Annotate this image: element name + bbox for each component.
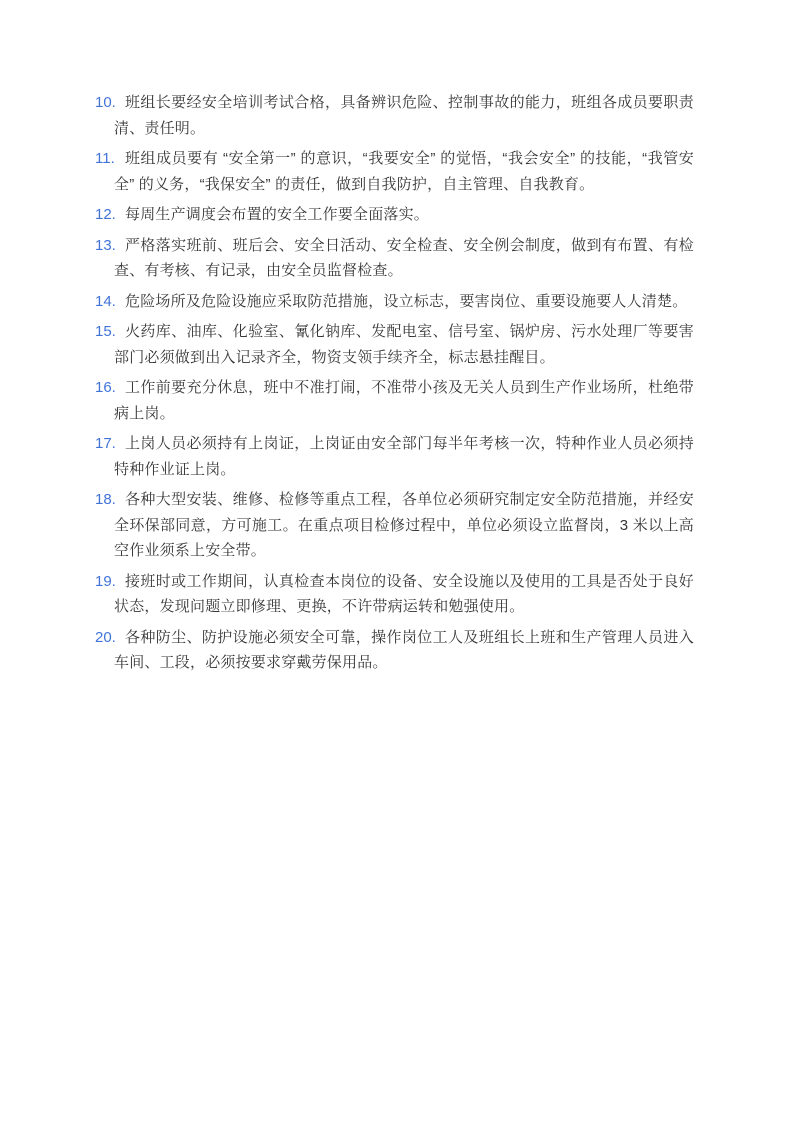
list-item: 19.接班时或工作期间，认真检查本岗位的设备、安全设施以及使用的工具是否处于良好… xyxy=(114,569,694,620)
list-item: 15.火药库、油库、化验室、氰化钠库、发配电室、信号室、锅炉房、污水处理厂等要害… xyxy=(114,319,694,370)
list-item: 20.各种防尘、防护设施必须安全可靠，操作岗位工人及班组长上班和生产管理人员进入… xyxy=(114,625,694,676)
list-item-number: 15. xyxy=(95,319,116,345)
list-item-text: 危险场所及危险设施应采取防范措施，设立标志，要害岗位、重要设施要人人清楚。 xyxy=(125,293,687,310)
list-item: 13.严格落实班前、班后会、安全日活动、安全检查、安全例会制度，做到有布置、有检… xyxy=(114,233,694,284)
list-item-text: 各种防尘、防护设施必须安全可靠，操作岗位工人及班组长上班和生产管理人员进入车间、… xyxy=(114,629,694,672)
list-item: 18.各种大型安装、维修、检修等重点工程，各单位必须研究制定安全防范措施，并经安… xyxy=(114,487,694,564)
list-item: 14.危险场所及危险设施应采取防范措施，设立标志，要害岗位、重要设施要人人清楚。 xyxy=(114,289,694,315)
list-item: 17.上岗人员必须持有上岗证，上岗证由安全部门每半年考核一次，特种作业人员必须持… xyxy=(114,431,694,482)
list-item-number: 12. xyxy=(95,202,116,228)
list-item-number: 20. xyxy=(95,625,116,651)
list-item: 10.班组长要经安全培训考试合格，具备辨识危险、控制事故的能力，班组各成员要职责… xyxy=(114,90,694,141)
list-item-text: 严格落实班前、班后会、安全日活动、安全检查、安全例会制度，做到有布置、有检查、有… xyxy=(114,237,694,280)
list-item-text: 火药库、油库、化验室、氰化钠库、发配电室、信号室、锅炉房、污水处理厂等要害部门必… xyxy=(114,323,694,366)
list-item-text: 各种大型安装、维修、检修等重点工程，各单位必须研究制定安全防范措施，并经安全环保… xyxy=(114,491,694,559)
list-item-text: 上岗人员必须持有上岗证，上岗证由安全部门每半年考核一次，特种作业人员必须持特种作… xyxy=(114,435,694,478)
list-item: 11.班组成员要有 “安全第一” 的意识，“我要安全” 的觉悟，“我会安全” 的… xyxy=(114,146,694,197)
list-item: 16.工作前要充分休息，班中不准打闹，不准带小孩及无关人员到生产作业场所，杜绝带… xyxy=(114,375,694,426)
list-item-number: 18. xyxy=(95,487,116,513)
list-item-number: 10. xyxy=(95,90,116,116)
list-item-text: 每周生产调度会布置的安全工作要全面落实。 xyxy=(125,206,429,223)
list-item-text: 工作前要充分休息，班中不准打闹，不准带小孩及无关人员到生产作业场所，杜绝带病上岗… xyxy=(114,379,694,422)
list-item-number: 14. xyxy=(95,289,116,315)
list-item-text: 接班时或工作期间，认真检查本岗位的设备、安全设施以及使用的工具是否处于良好状态，… xyxy=(114,573,694,616)
list-item-text: 班组成员要有 “安全第一” 的意识，“我要安全” 的觉悟，“我会安全” 的技能，… xyxy=(114,150,694,193)
list-item: 12.每周生产调度会布置的安全工作要全面落实。 xyxy=(114,202,694,228)
list-item-text: 班组长要经安全培训考试合格，具备辨识危险、控制事故的能力，班组各成员要职责清、责… xyxy=(114,94,694,137)
document-page: 10.班组长要经安全培训考试合格，具备辨识危险、控制事故的能力，班组各成员要职责… xyxy=(0,0,793,1122)
numbered-list: 10.班组长要经安全培训考试合格，具备辨识危险、控制事故的能力，班组各成员要职责… xyxy=(0,90,694,681)
list-item-number: 11. xyxy=(95,146,115,172)
list-item-number: 19. xyxy=(95,569,116,595)
list-item-number: 13. xyxy=(95,233,116,259)
list-item-number: 17. xyxy=(95,431,116,457)
list-item-number: 16. xyxy=(95,375,116,401)
